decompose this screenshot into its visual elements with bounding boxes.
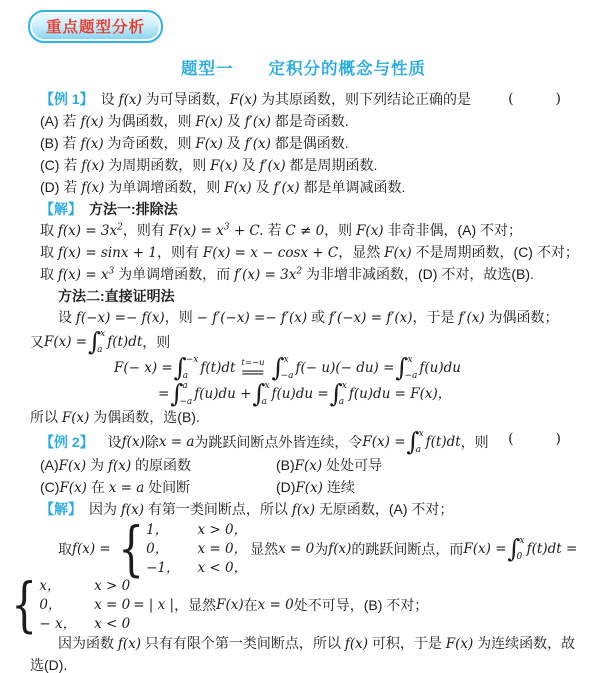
option-column: (A)F(x) 为 f(x) 的原函数: [40, 455, 276, 477]
text-line: F(− x) = ∫−xaf(t)dtt=−u=∫x−af(− u)(− du)…: [114, 355, 577, 381]
page-title: 题型一 定积分的概念与性质: [30, 55, 577, 79]
piecewise-cases: {1，x > 0，0，x = 0，−1，x < 0，: [114, 521, 247, 577]
piecewise-cases: {x，x > 00，x = 0− x，x < 0: [7, 577, 130, 633]
text-line: (C) 若 f(x) 为周期函数，则 F(x) 及 f′(x) 都是周期函数.: [40, 155, 577, 177]
option-column: (C)F(x) 在 x = a 处间断: [40, 477, 276, 499]
text-line: 又 F(x) = ∫xaf(t)dt，则: [30, 329, 577, 355]
text-line: = ∫a−af(u)du + ∫xaf(u)du = ∫xaf(u)du = F…: [158, 381, 577, 407]
integral-sign: ∫xa: [330, 381, 347, 407]
text-line: 设 f(−x) =− f(x)，则 − f′(−x) =− f′(x) 或 f′…: [58, 307, 577, 329]
text-line: 取 f(x) = sinx + 1，则有 F(x) = x − cosx + C…: [40, 242, 577, 264]
integral-sign: ∫x0: [508, 536, 525, 562]
solution-marker: 【例 1】: [40, 91, 87, 107]
solution-marker: 【解】: [40, 201, 75, 217]
section-badge: 重点题型分析: [28, 10, 163, 43]
answer-parentheses: ( ): [508, 89, 575, 110]
text-line: (D) 若 f(x) 为单调增函数，则 F(x) 及 f′(x) 都是单调减函数…: [40, 177, 577, 199]
text-line: (A)F(x) 为 f(x) 的原函数(B)F(x) 处处可导: [40, 455, 577, 477]
text-line: 取 f(x) = {1，x > 0，0，x = 0，−1，x < 0，显然 x …: [58, 521, 577, 577]
text-line: (B) 若 f(x) 为奇函数，则 F(x) 及 f′(x) 都是偶函数.: [40, 133, 577, 155]
text-line: {x，x > 00，x = 0− x，x < 0= | x |，显然 F(x) …: [4, 577, 577, 633]
substitution-equals: t=−u=: [241, 359, 264, 378]
integral-sign: ∫x−a: [395, 355, 417, 381]
text-line: 所以 F(x) 为偶函数，选(B).: [30, 407, 577, 429]
text-line: 取 f(x) = 3x2，则有 F(x) = x3 + C. 若 C ≠ 0，则…: [40, 220, 577, 242]
content-area: 【例 1】 设 f(x) 为可导函数，F(x) 为其原函数，则下列结论正确的是(…: [30, 89, 577, 673]
text-line: (C)F(x) 在 x = a 处间断(D)F(x) 连续: [40, 477, 577, 499]
solution-marker: 【解】: [40, 501, 75, 517]
integral-sign: ∫xa: [407, 429, 424, 455]
integral-sign: ∫a−a: [170, 381, 192, 407]
integral-sign: ∫x−a: [272, 355, 294, 381]
text-line: 【例 2】 设 f(x) 除 x = a 为跳跃间断点外皆连续，令 F(x) =…: [40, 429, 577, 455]
text-line: 方法二:直接证明法: [58, 286, 577, 307]
text-line: 选(D).: [30, 655, 577, 673]
textbook-page: 重点题型分析 题型一 定积分的概念与性质 【例 1】 设 f(x) 为可导函数，…: [0, 0, 601, 673]
text-line: 【解】 方法一:排除法: [40, 199, 577, 220]
integral-sign: ∫−xa: [174, 355, 199, 381]
answer-parentheses: ( ): [508, 429, 575, 450]
integral-sign: ∫xa: [252, 381, 269, 407]
text-line: (A) 若 f(x) 为偶函数，则 F(x) 及 f′(x) 都是奇函数.: [40, 111, 577, 133]
text-line: 因为函数 f(x) 只有有限个第一类间断点，所以 f(x) 可积，于是 F(x)…: [58, 633, 577, 655]
text-line: 取 f(x) = x3 为单调增函数，而 f′(x) = 3x2 为非增非减函数…: [40, 264, 577, 286]
integral-sign: ∫xa: [88, 329, 105, 355]
text-line: 【例 1】 设 f(x) 为可导函数，F(x) 为其原函数，则下列结论正确的是(…: [40, 89, 577, 111]
solution-marker: 【例 2】: [40, 432, 94, 453]
